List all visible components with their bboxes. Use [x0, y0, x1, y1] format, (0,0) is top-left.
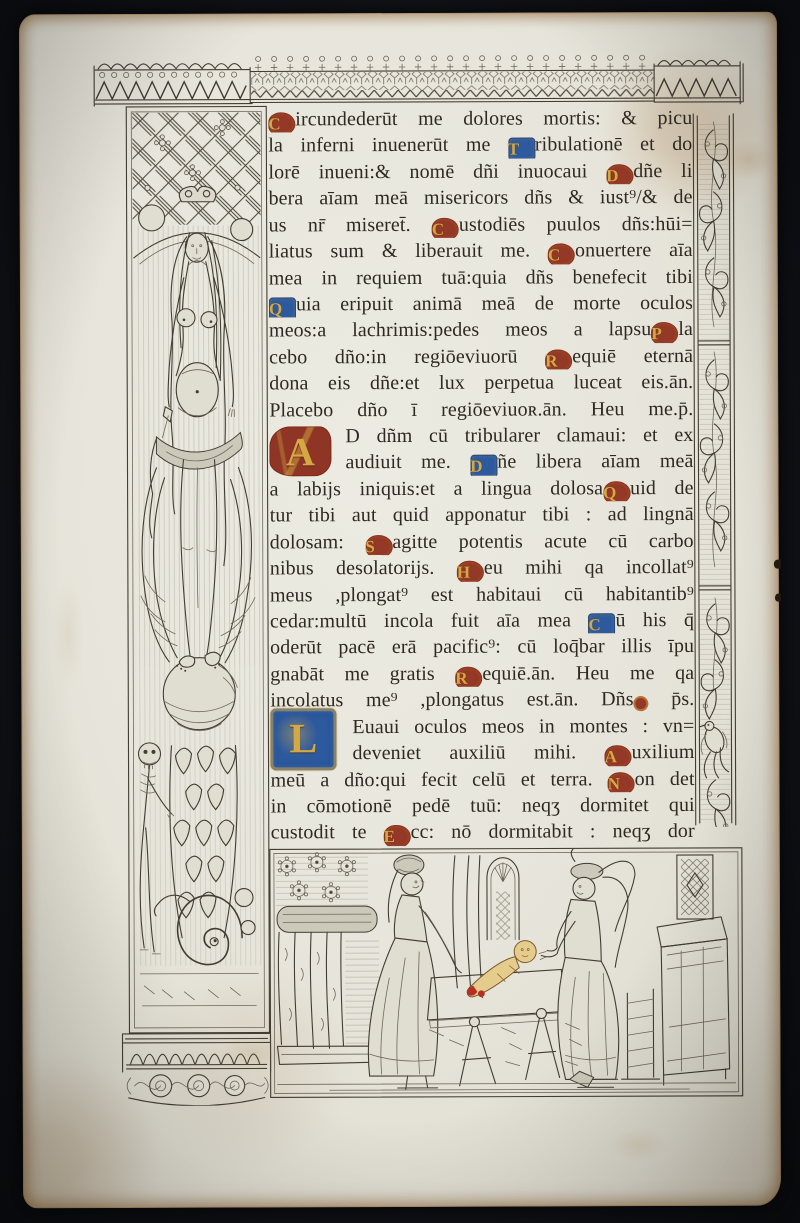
- text-run: D dñm cū tribularer clamaui: et ex: [345, 424, 693, 447]
- text-line: in cōmotionē pedē tuū: neqʒ dormitet qui: [271, 792, 695, 820]
- text-run: uxilium: [632, 741, 695, 763]
- text-run: equiē.ān. Heu me qa: [482, 662, 694, 685]
- illuminated-initial-large: A: [269, 426, 331, 476]
- text-run: mea in requiem tuā:quia dñs benefecit ti…: [269, 266, 693, 289]
- text-run: uid de: [630, 477, 694, 499]
- text-run: tur tibi aut quid apponatur tibi : ad li…: [270, 503, 694, 526]
- headpiece-left-block: [94, 64, 252, 107]
- text-line: la inferni inuenerūt me Tribulationē et …: [268, 131, 692, 159]
- text-run: in cōmotionē pedē tuū: neqʒ dormitet qui: [271, 794, 695, 817]
- text-line: D dñm cū tribularer clamaui: et ex: [269, 422, 693, 450]
- edge-nick: [774, 560, 781, 569]
- illuminated-initial: D: [606, 164, 633, 186]
- illuminated-initial: D: [470, 455, 497, 476]
- parchment-leaf: A L Circundederūt me dolores mortis: & p…: [19, 12, 781, 1209]
- text-line: dolosam: Sagitte potentis acute cū carbo: [270, 528, 694, 556]
- text-line: tur tibi aut quid apponatur tibi : ad li…: [270, 501, 694, 529]
- text-line: lorē inueni:& nomē dñi inuocaui Ddñe li: [268, 158, 692, 186]
- rubricated-ornament: [634, 696, 649, 711]
- text-run: Placebo dño ī regiōeviuoʀ.ān. Heu me.p̄.: [269, 398, 693, 421]
- headpiece-middle-strip: [250, 55, 654, 102]
- bottom-miniature-woodcut-birth-scene: [269, 847, 744, 1099]
- text-run: dñe li: [633, 160, 692, 182]
- text-line: audiuit me. Dñe libera aīam meā: [269, 448, 693, 476]
- text-line: mea in requiem tuā:quia dñs benefecit ti…: [269, 264, 693, 292]
- canopied-bed: [277, 906, 382, 1064]
- text-line: meū a dño:qui fecit celū et terra. Non d…: [271, 766, 695, 794]
- text-line: Circundederūt me dolores mortis: & picu: [268, 105, 692, 133]
- lattice-window: [677, 855, 713, 919]
- illuminated-initial: Q: [603, 481, 630, 503]
- ladder-back-chair: [621, 989, 659, 1079]
- text-line: bera aīam meā misericors dñs & iust⁹/& d…: [269, 184, 693, 212]
- text-run: meū a dño:qui fecit celū et terra.: [271, 768, 608, 791]
- pedestal-base-woodcut: [120, 1029, 272, 1106]
- illuminated-initial: C: [432, 217, 459, 238]
- illuminated-initial: E: [384, 825, 411, 846]
- text-run: la inferni inuenerūt me: [268, 134, 508, 157]
- photo-of-book-of-hours-leaf: { "document": { "kind_note": "Book of Ho…: [0, 0, 800, 1223]
- text-run: cc: nō dormitabit : neqʒ dor: [411, 820, 695, 843]
- text-line: liatus sum & liberauit me. Conuertere aī…: [269, 237, 693, 265]
- illuminated-initial: P: [651, 322, 678, 344]
- illuminated-initial: H: [457, 561, 484, 582]
- text-run: cebo dño:in regiōeviuorū: [269, 345, 545, 368]
- foxing-stain: [609, 1128, 669, 1162]
- text-run: gnabāt me gratis: [270, 663, 455, 686]
- text-line: gnabāt me gratis Requiē.ān. Heu me qa: [270, 660, 694, 688]
- text-line: nibus desolatorijs. Heu mihi qa incollat…: [270, 554, 694, 582]
- text-run: dona eis dñe:et lux perpetua luceat eis.…: [269, 371, 693, 394]
- illuminated-initial: N: [608, 772, 635, 794]
- text-run: ustodiēs puulos dñs:hūi=: [459, 213, 693, 236]
- text-run: custodit te: [271, 821, 384, 843]
- illuminated-initial: S: [365, 535, 392, 556]
- illuminated-initial: Q: [269, 297, 296, 318]
- foliate-scroll-band: [127, 1074, 268, 1105]
- rosette-wall: [276, 853, 368, 908]
- floor-line: [278, 1083, 736, 1091]
- text-run: a labijs iniquis:et a lingua dolosa: [270, 477, 604, 500]
- illuminated-initial: C: [548, 243, 575, 264]
- text-line: cebo dño:in regiōeviuorū Requiē eternā: [269, 343, 693, 371]
- text-run: uia eripuit animā meā de morte oculos: [296, 292, 693, 315]
- text-run: lorē inueni:& nomē dñi inuocaui: [268, 160, 606, 183]
- wooden-chest: [657, 917, 730, 1085]
- text-run: la: [678, 318, 693, 340]
- text-line: Placebo dño ī regiōeviuoʀ.ān. Heu me.p̄.: [269, 396, 693, 424]
- illuminated-initial: T: [508, 138, 535, 159]
- text-run: meos:a lachrimis:pedes meos a lapsu: [269, 318, 651, 341]
- text-run: agitte potentis acute cū carbo: [392, 530, 694, 553]
- illuminated-initial: C: [588, 613, 615, 635]
- headpiece-right-block: [654, 60, 743, 104]
- illuminated-initial: R: [545, 349, 572, 370]
- text-run: cedar:multū incola fuit aīa mea: [270, 609, 588, 632]
- text-line: oderūt pacē erā pacific⁹: cū loq̄bar ill…: [270, 633, 694, 661]
- text-run: eu mihi qa incollat⁹: [484, 556, 694, 579]
- text-line: us nr̄ miseret̄. Custodiēs puulos dñs:hū…: [269, 211, 693, 239]
- left-border-woodcut-figure: [125, 105, 270, 1033]
- right-border-woodcut-foliate: [690, 112, 738, 827]
- text-run: oderūt pacē erā pacific⁹: cū loq̄bar ill…: [270, 635, 694, 658]
- text-line: meos:a lachrimis:pedes meos a lapsuPla: [269, 316, 693, 344]
- text-line: cedar:multū incola fuit aīa mea Cū his q…: [270, 607, 694, 635]
- text-run: on det: [635, 768, 695, 790]
- text-line: Quia eripuit animā meā de morte oculos: [269, 290, 693, 318]
- pellet-left: [139, 205, 165, 231]
- edge-nick: [775, 594, 781, 602]
- headpiece-border-woodcut: [92, 52, 744, 110]
- latin-text-block: A L Circundederūt me dolores mortis: & p…: [268, 105, 695, 848]
- text-run: ū his q̄: [615, 609, 694, 631]
- text-run: dolosam:: [270, 531, 366, 553]
- text-run: bera aīam meā misericors dñs & iust⁹/& d…: [269, 186, 693, 209]
- text-run: liatus sum & liberauit me.: [269, 240, 548, 263]
- infant: [467, 941, 537, 998]
- text-line: a labijs iniquis:et a lingua dolosaQuid …: [270, 475, 694, 503]
- illuminated-initial: A: [605, 745, 632, 767]
- text-run: p̄s.: [649, 688, 695, 710]
- text-run: onuertere aīa: [575, 239, 693, 261]
- text-run: Euaui oculos meos in montes : vn=: [352, 715, 694, 738]
- text-run: ircundederūt me dolores mortis: & picu: [295, 107, 692, 130]
- text-run: audiuit me.: [345, 451, 470, 473]
- text-run: equiē eternā: [572, 345, 693, 367]
- arched-niche: [487, 858, 519, 940]
- text-line: meus ,plongat⁹ est habitaui cū habitanti…: [270, 581, 694, 609]
- text-run: ribulationē et do: [535, 133, 693, 156]
- text-run: meus ,plongat⁹ est habitaui cū habitanti…: [270, 583, 694, 606]
- text-line: custodit te Ecc: nō dormitabit : neqʒ do…: [271, 818, 695, 846]
- illuminated-initial: C: [268, 112, 295, 133]
- illuminated-initial-large: L: [270, 708, 336, 770]
- foxing-stain: [51, 574, 85, 694]
- text-run: ñe libera aīam meā: [497, 450, 693, 473]
- text-run: nibus desolatorijs.: [270, 557, 457, 580]
- seated-woman: [368, 855, 462, 1090]
- text-line: dona eis dñe:et lux perpetua luceat eis.…: [269, 369, 693, 397]
- illuminated-initial: R: [455, 667, 482, 688]
- pellet-right: [231, 219, 253, 241]
- text-run: us nr̄ miseret̄.: [269, 214, 432, 237]
- text-run: deveniet auxiliū mihi.: [352, 741, 604, 764]
